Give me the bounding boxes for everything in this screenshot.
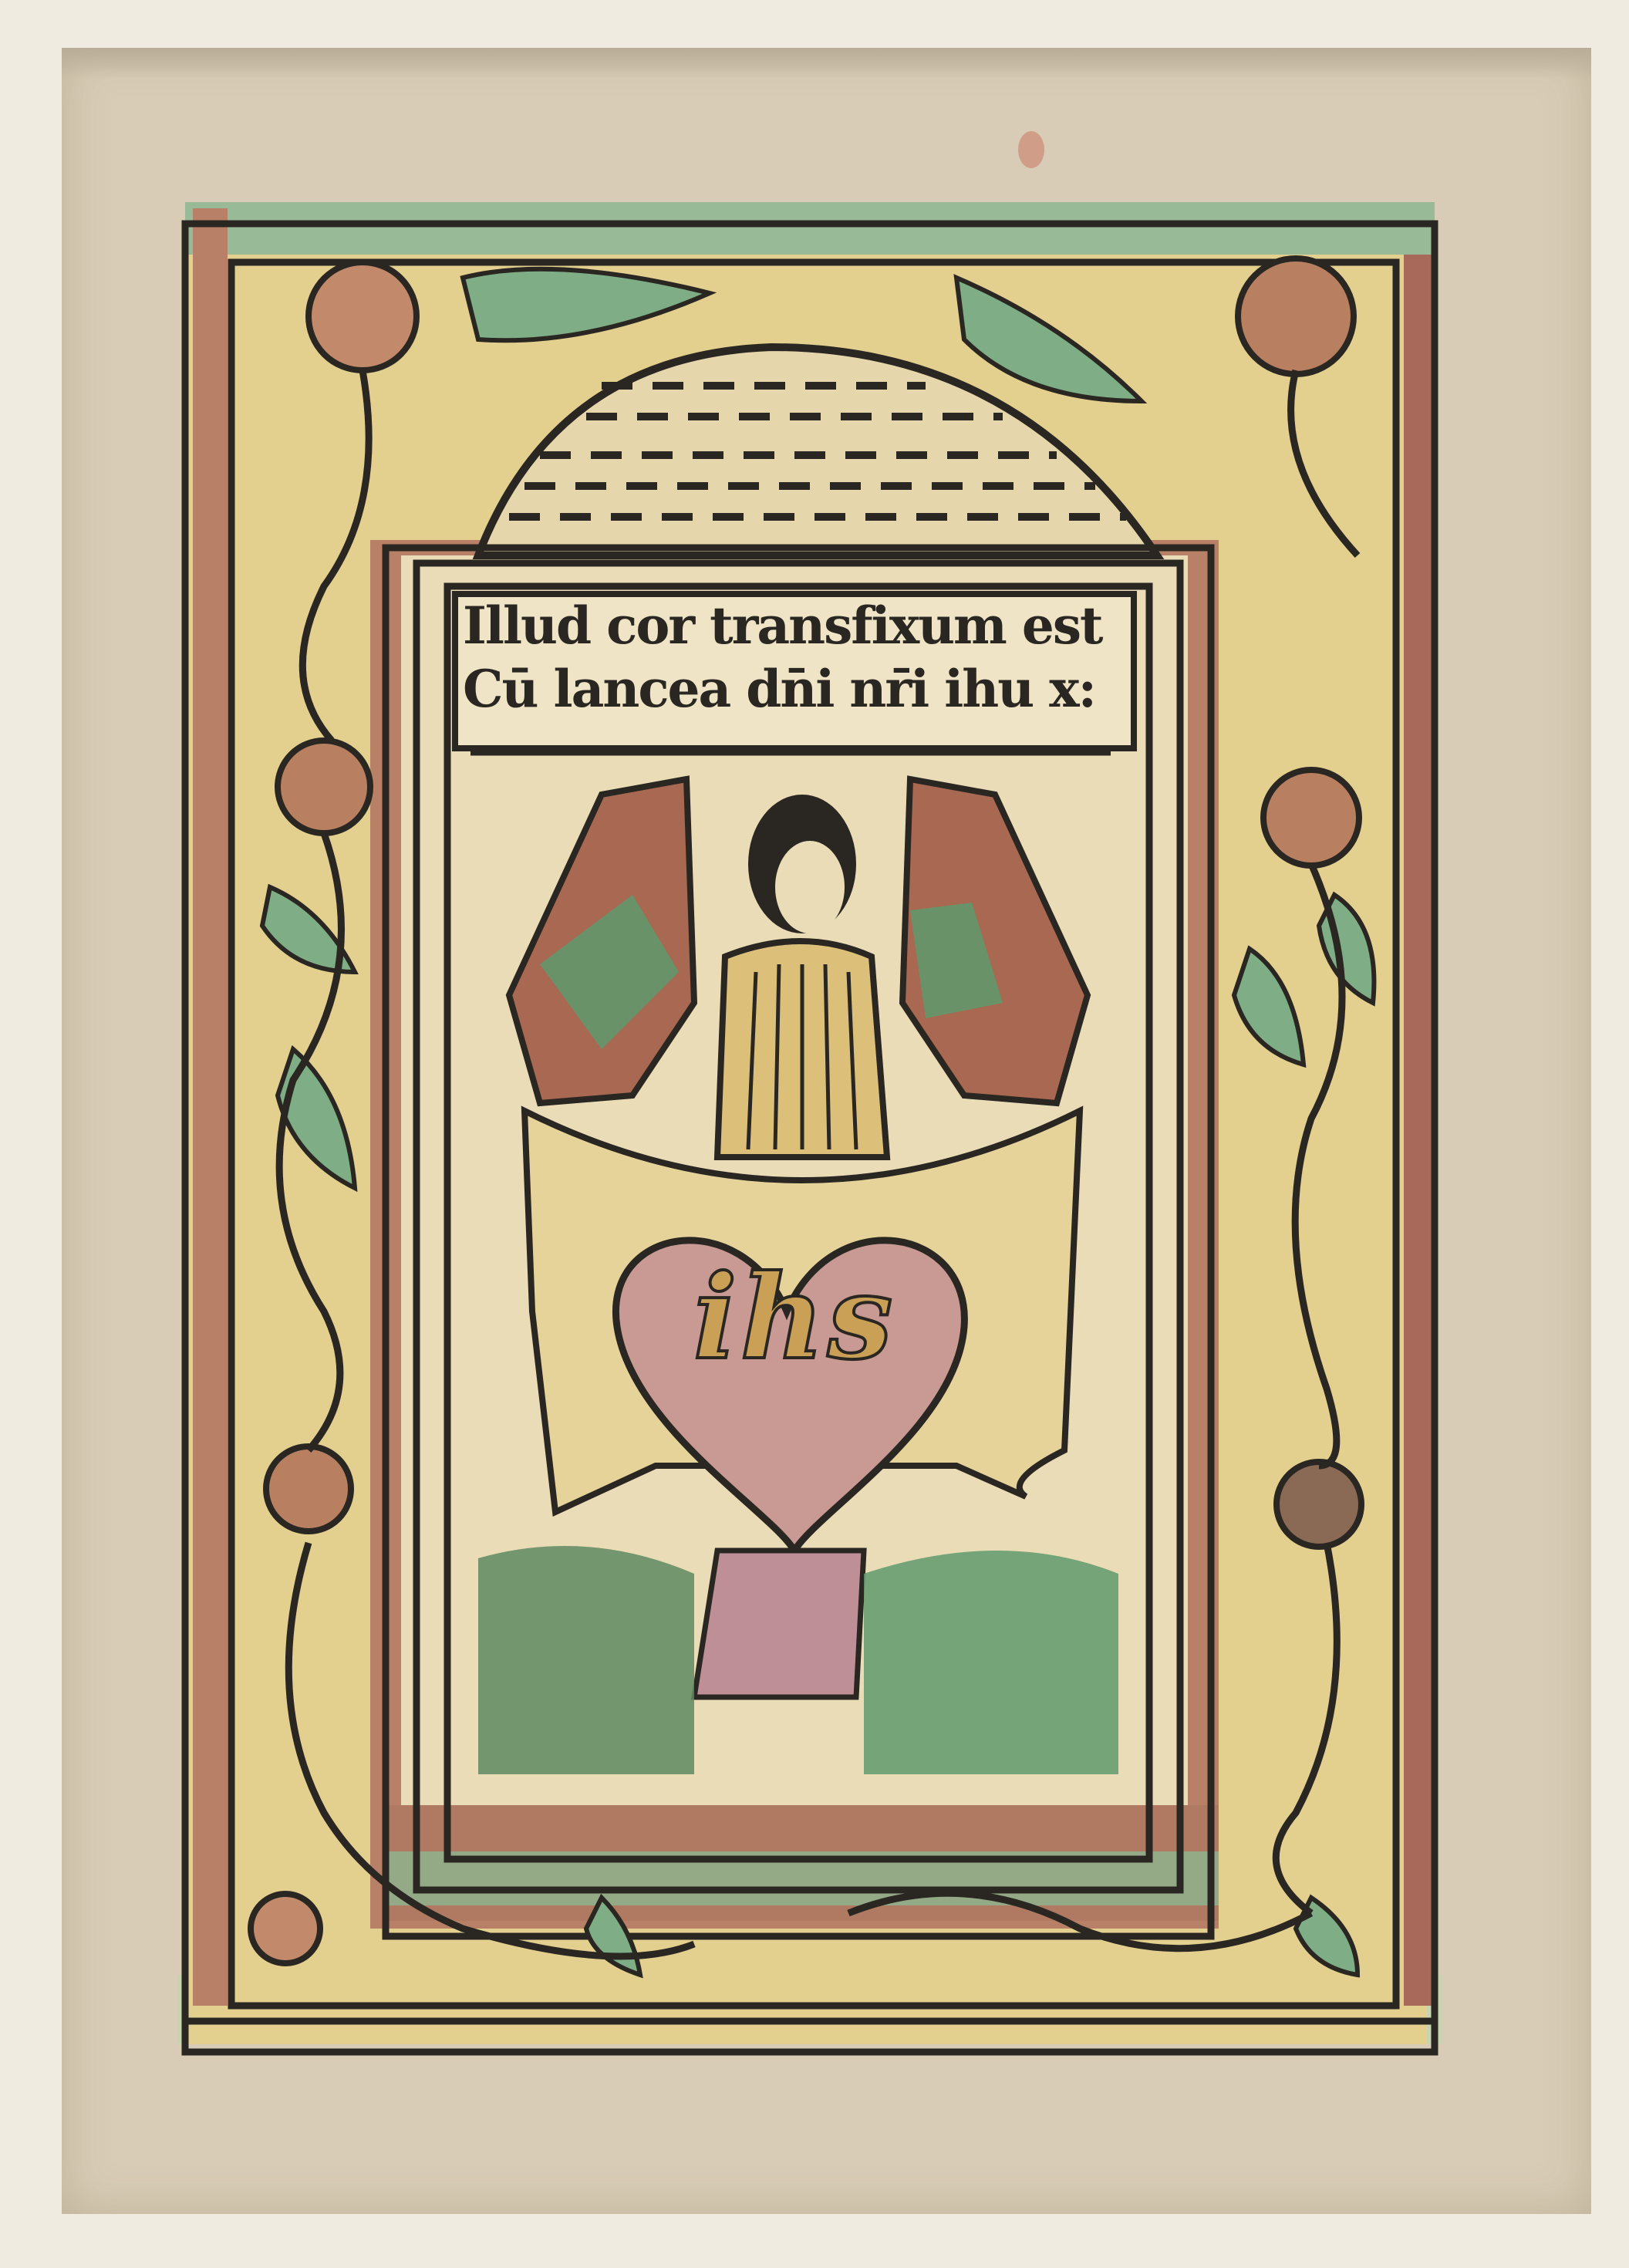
inscription: Illud cor transfixum est Cū lancea dn̄i … xyxy=(463,594,1126,721)
inscription-line-2: Cū lancea dn̄i nr̄i ihu x: xyxy=(463,657,1126,721)
ihs-monogram: ihs xyxy=(632,1250,956,1385)
inscription-line-1: Illud cor transfixum est xyxy=(463,594,1126,657)
woodcut-print xyxy=(0,0,1629,2268)
